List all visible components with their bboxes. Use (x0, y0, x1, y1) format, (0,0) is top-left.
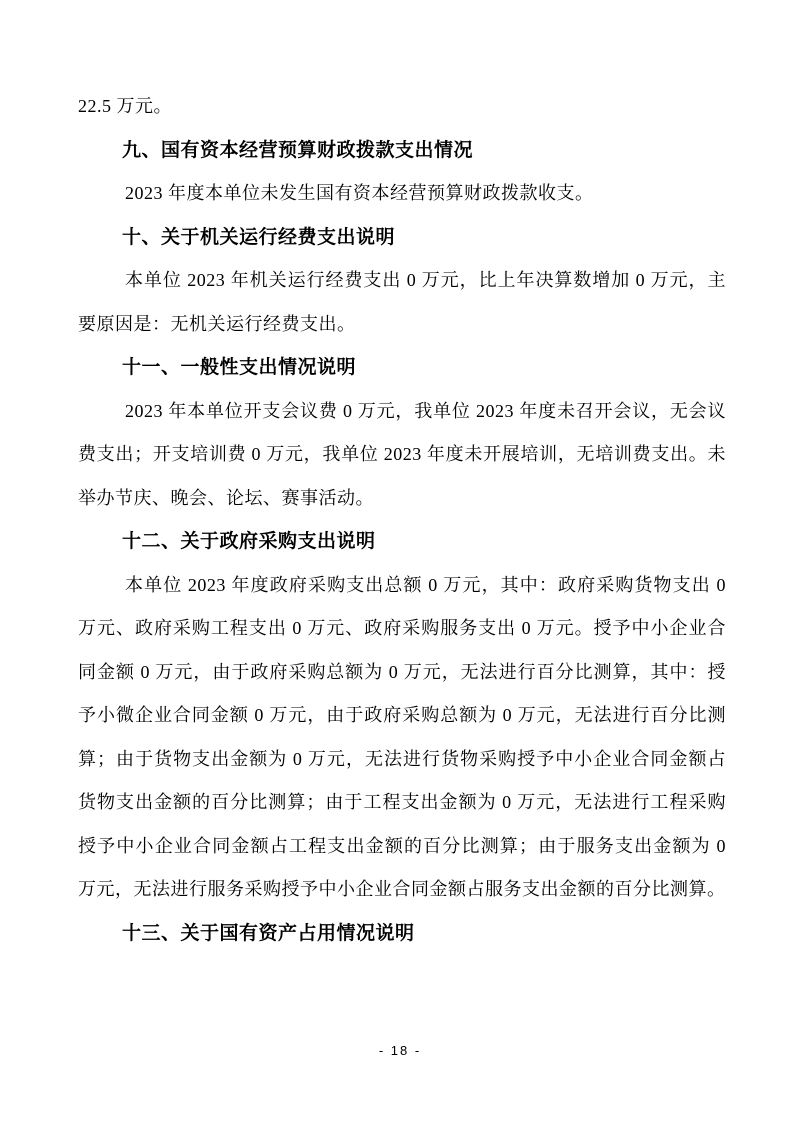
page-footer: - 18 - (0, 1042, 800, 1060)
page-number: - 18 - (379, 1043, 421, 1058)
section-13-heading: 十三、关于国有资产占用情况说明 (78, 912, 726, 956)
page-content: 22.5 万元。 九、国有资本经营预算财政拨款支出情况 2023 年度本单位未发… (0, 0, 800, 955)
paragraph-continuation: 22.5 万元。 (78, 85, 726, 129)
section-12-paragraph: 本单位 2023 年度政府采购支出总额 0 万元，其中：政府采购货物支出 0 万… (78, 564, 726, 912)
section-9-paragraph: 2023 年度本单位未发生国有资本经营预算财政拨款收支。 (78, 172, 726, 216)
section-10-heading: 十、关于机关运行经费支出说明 (78, 216, 726, 260)
section-11-paragraph: 2023 年本单位开支会议费 0 万元，我单位 2023 年度未召开会议，无会议… (78, 390, 726, 521)
section-10-paragraph: 本单位 2023 年机关运行经费支出 0 万元，比上年决算数增加 0 万元，主要… (78, 259, 726, 346)
document-page: 22.5 万元。 九、国有资本经营预算财政拨款支出情况 2023 年度本单位未发… (0, 0, 800, 1131)
section-12-heading: 十二、关于政府采购支出说明 (78, 520, 726, 564)
section-11-heading: 十一、一般性支出情况说明 (78, 346, 726, 390)
section-9-heading: 九、国有资本经营预算财政拨款支出情况 (78, 129, 726, 173)
